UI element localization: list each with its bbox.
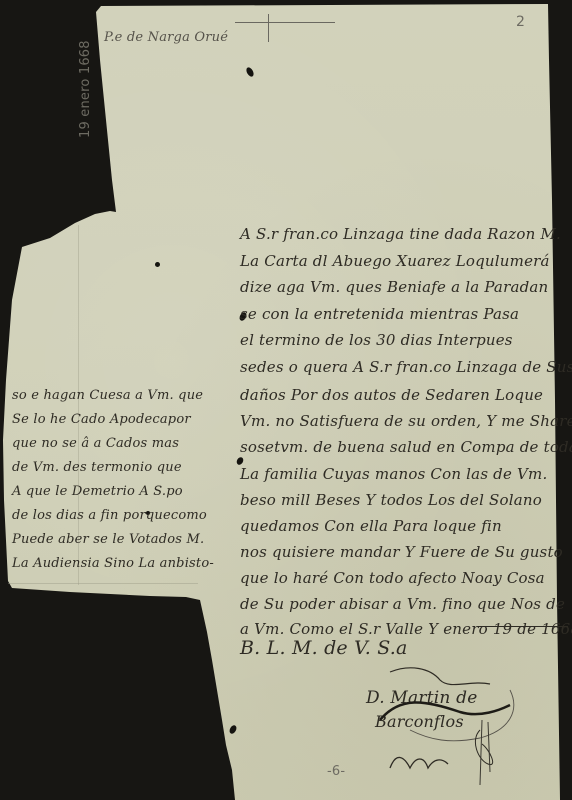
signature-rubric-icon — [370, 660, 540, 790]
body-line-10: La familia Cuyas manos Con las de Vm. — [240, 465, 560, 483]
body-line-15: de Su poder abisar a Vm. fino que Nos de — [240, 595, 560, 613]
body-line-12: quedamos Con ella Para loque fin — [240, 517, 560, 535]
pencil-rule — [235, 22, 335, 23]
fragment-line-2: Se lo he Cado Apodecapor — [12, 412, 191, 427]
fragment-line-4: de Vm. des termonio que — [12, 460, 182, 475]
ink-blot — [155, 262, 160, 267]
fold-crease-vertical — [78, 225, 79, 585]
body-line-1: A S.r fran.co Linzaga tine dada Razon M. — [240, 225, 560, 243]
document-viewer: P.e de Narga Orué 2 19 enero 1668 A S.r … — [0, 0, 572, 800]
fragment-line-7: Puede aber se le Votados M. — [12, 532, 204, 547]
body-line-9: sosetvm. de buena salud en Compa de toda — [240, 438, 560, 456]
fragment-line-6: de los dias a fin porquecomo — [12, 508, 207, 523]
page-number: 2 — [516, 14, 525, 30]
body-line-6: sedes o quera A S.r fran.co Linzaga de S… — [240, 358, 560, 376]
fragment-line-3: que no se â a Cados mas — [12, 436, 179, 451]
date-underline — [478, 626, 568, 627]
vertical-date-note: 19 enero 1668 — [78, 40, 93, 138]
body-line-7: daños Por dos autos de Sedaren Loque — [240, 386, 560, 404]
body-line-3: dize aga Vm. ques Beniafe a la Paradan — [240, 278, 560, 296]
body-line-5: el termino de los 30 dias Interpues — [240, 331, 560, 349]
fragment-line-8: La Audiensia Sino La anbisto- — [12, 556, 214, 571]
fold-crease-horizontal — [8, 583, 198, 584]
body-line-11: beso mill Beses Y todos Los del Solano — [240, 491, 560, 509]
footer-number: -6- — [327, 764, 345, 779]
fragment-line-5: A que le Demetrio A S.po — [12, 484, 183, 499]
header-note: P.e de Narga Orué — [104, 30, 228, 45]
body-line-14: que lo haré Con todo afecto Noay Cosa — [240, 569, 560, 587]
fragment-line-1: so e hagan Cuesa a Vm. que — [12, 388, 203, 403]
body-line-8: Vm. no Satisfuera de su orden, Y me Shar… — [240, 412, 560, 430]
pencil-tick — [268, 14, 269, 42]
closing-salutation: B. L. M. de V. S.a — [240, 637, 408, 659]
body-line-13: nos quisiere mandar Y Fuere de Su gusto — [240, 543, 560, 561]
body-line-2: La Carta dl Abuego Xuarez Loqulumerá — [240, 252, 560, 270]
body-line-16: a Vm. Como el S.r Valle Y enero 19 de 16… — [240, 620, 560, 638]
body-line-4: se con la entretenida mientras Pasa — [240, 305, 560, 323]
